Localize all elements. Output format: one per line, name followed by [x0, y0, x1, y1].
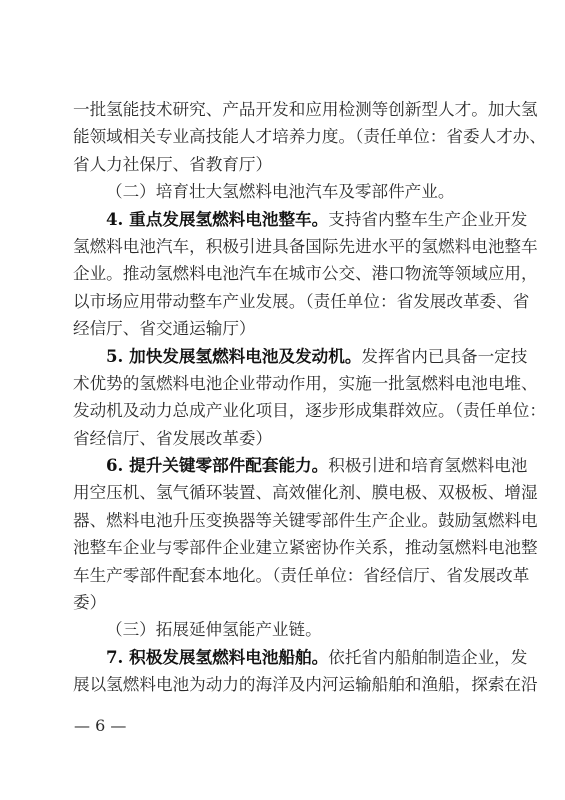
item-7-first-line: 7. 积极发展氢燃料电池船舶。依托省内船舶制造企业，发: [73, 644, 499, 671]
item-4-title: 4. 重点发展氢燃料电池整车。: [106, 209, 328, 229]
paragraph-line: 发动机及动力总成产业化项目，逐步形成集群效应。（责任单位：: [73, 397, 499, 424]
item-6-title: 6. 提升关键零部件配套能力。: [106, 455, 328, 475]
line-text: 发挥省内已具备一定技: [361, 347, 527, 366]
line-text: 车生产零部件配套本地化。（责任单位：省经信厅、省发展改革: [73, 566, 529, 585]
section-heading-3: （三）拓展延伸氢能产业链。: [73, 616, 499, 643]
paragraph-line: 能领域相关专业高技能人才培养力度。（责任单位：省委人才办、: [73, 123, 499, 150]
paragraph-line: 省人力社保厅、省教育厅）: [73, 151, 499, 178]
document-page: 一批氢能技术研究、产品开发和应用检测等创新型人才。加大氢 能领域相关专业高技能人…: [0, 0, 565, 800]
paragraph-line: 企业。推动氢燃料电池汽车在城市公交、港口物流等领域应用，: [73, 260, 499, 287]
line-text: 依托省内船舶制造企业，发: [328, 648, 527, 667]
paragraph-line: 术优势的氢燃料电池企业带动作用，实施一批氢燃料电池电堆、: [73, 370, 499, 397]
paragraph-line: 氢燃料电池汽车，积极引进具备国际先进水平的氢燃料电池整车: [73, 233, 499, 260]
section-heading-2: （二）培育壮大氢燃料电池汽车及零部件产业。: [73, 178, 499, 205]
paragraph-line: 以市场应用带动整车产业发展。（责任单位：省发展改革委、省: [73, 288, 499, 315]
line-text: 器、燃料电池升压变换器等关键零部件生产企业。鼓励氢燃料电: [73, 511, 538, 530]
line-text: 展以氢燃料电池为动力的海洋及内河运输船舶和渔船，探索在沿: [73, 675, 538, 694]
line-text: 积极引进和培育氢燃料电池: [328, 456, 527, 475]
line-text: 省经信厅、省发展改革委）: [73, 429, 272, 448]
line-text: 发动机及动力总成产业化项目，逐步形成集群效应。（责任单位：: [73, 401, 546, 420]
item-4-first-line: 4. 重点发展氢燃料电池整车。支持省内整车生产企业开发: [73, 206, 499, 233]
item-6-first-line: 6. 提升关键零部件配套能力。积极引进和培育氢燃料电池: [73, 452, 499, 479]
paragraph-line: 经信厅、省交通运输厅）: [73, 315, 499, 342]
section-heading-text: （二）培育壮大氢燃料电池汽车及零部件产业。: [106, 182, 454, 201]
line-text: 省人力社保厅、省教育厅）: [73, 155, 272, 174]
line-text: 一批氢能技术研究、产品开发和应用检测等创新型人才。加大氢: [73, 100, 538, 119]
line-text: 池整车企业与零部件企业建立紧密协作关系，推动氢燃料电池整: [73, 538, 538, 557]
line-text: 经信厅、省交通运输厅）: [73, 319, 256, 338]
line-text: 支持省内整车生产企业开发: [328, 210, 527, 229]
paragraph-line: 委）: [73, 589, 499, 616]
item-5-title: 5. 加快发展氢燃料电池及发动机。: [106, 346, 361, 366]
paragraph-line: 展以氢燃料电池为动力的海洋及内河运输船舶和渔船，探索在沿: [73, 671, 499, 698]
page-number: — 6 —: [74, 714, 126, 738]
line-text: 能领域相关专业高技能人才培养力度。（责任单位：省委人才办、: [73, 127, 546, 146]
line-text: 以市场应用带动整车产业发展。（责任单位：省发展改革委、省: [73, 292, 529, 311]
item-7-title: 7. 积极发展氢燃料电池船舶。: [106, 647, 328, 667]
line-text: 术优势的氢燃料电池企业带动作用，实施一批氢燃料电池电堆、: [73, 374, 538, 393]
paragraph-line: 一批氢能技术研究、产品开发和应用检测等创新型人才。加大氢: [73, 96, 499, 123]
line-text: 用空压机、氢气循环装置、高效催化剂、膜电极、双极板、增湿: [73, 483, 538, 502]
paragraph-line: 车生产零部件配套本地化。（责任单位：省经信厅、省发展改革: [73, 562, 499, 589]
paragraph-line: 器、燃料电池升压变换器等关键零部件生产企业。鼓励氢燃料电: [73, 507, 499, 534]
line-text: 委）: [73, 593, 106, 612]
paragraph-line: 用空压机、氢气循环装置、高效催化剂、膜电极、双极板、增湿: [73, 479, 499, 506]
paragraph-line: 省经信厅、省发展改革委）: [73, 425, 499, 452]
line-text: 企业。推动氢燃料电池汽车在城市公交、港口物流等领域应用，: [73, 264, 538, 283]
item-5-first-line: 5. 加快发展氢燃料电池及发动机。发挥省内已具备一定技: [73, 343, 499, 370]
document-body: 一批氢能技术研究、产品开发和应用检测等创新型人才。加大氢 能领域相关专业高技能人…: [73, 96, 499, 699]
paragraph-line: 池整车企业与零部件企业建立紧密协作关系，推动氢燃料电池整: [73, 534, 499, 561]
section-heading-text: （三）拓展延伸氢能产业链。: [106, 620, 322, 639]
line-text: 氢燃料电池汽车，积极引进具备国际先进水平的氢燃料电池整车: [73, 237, 538, 256]
